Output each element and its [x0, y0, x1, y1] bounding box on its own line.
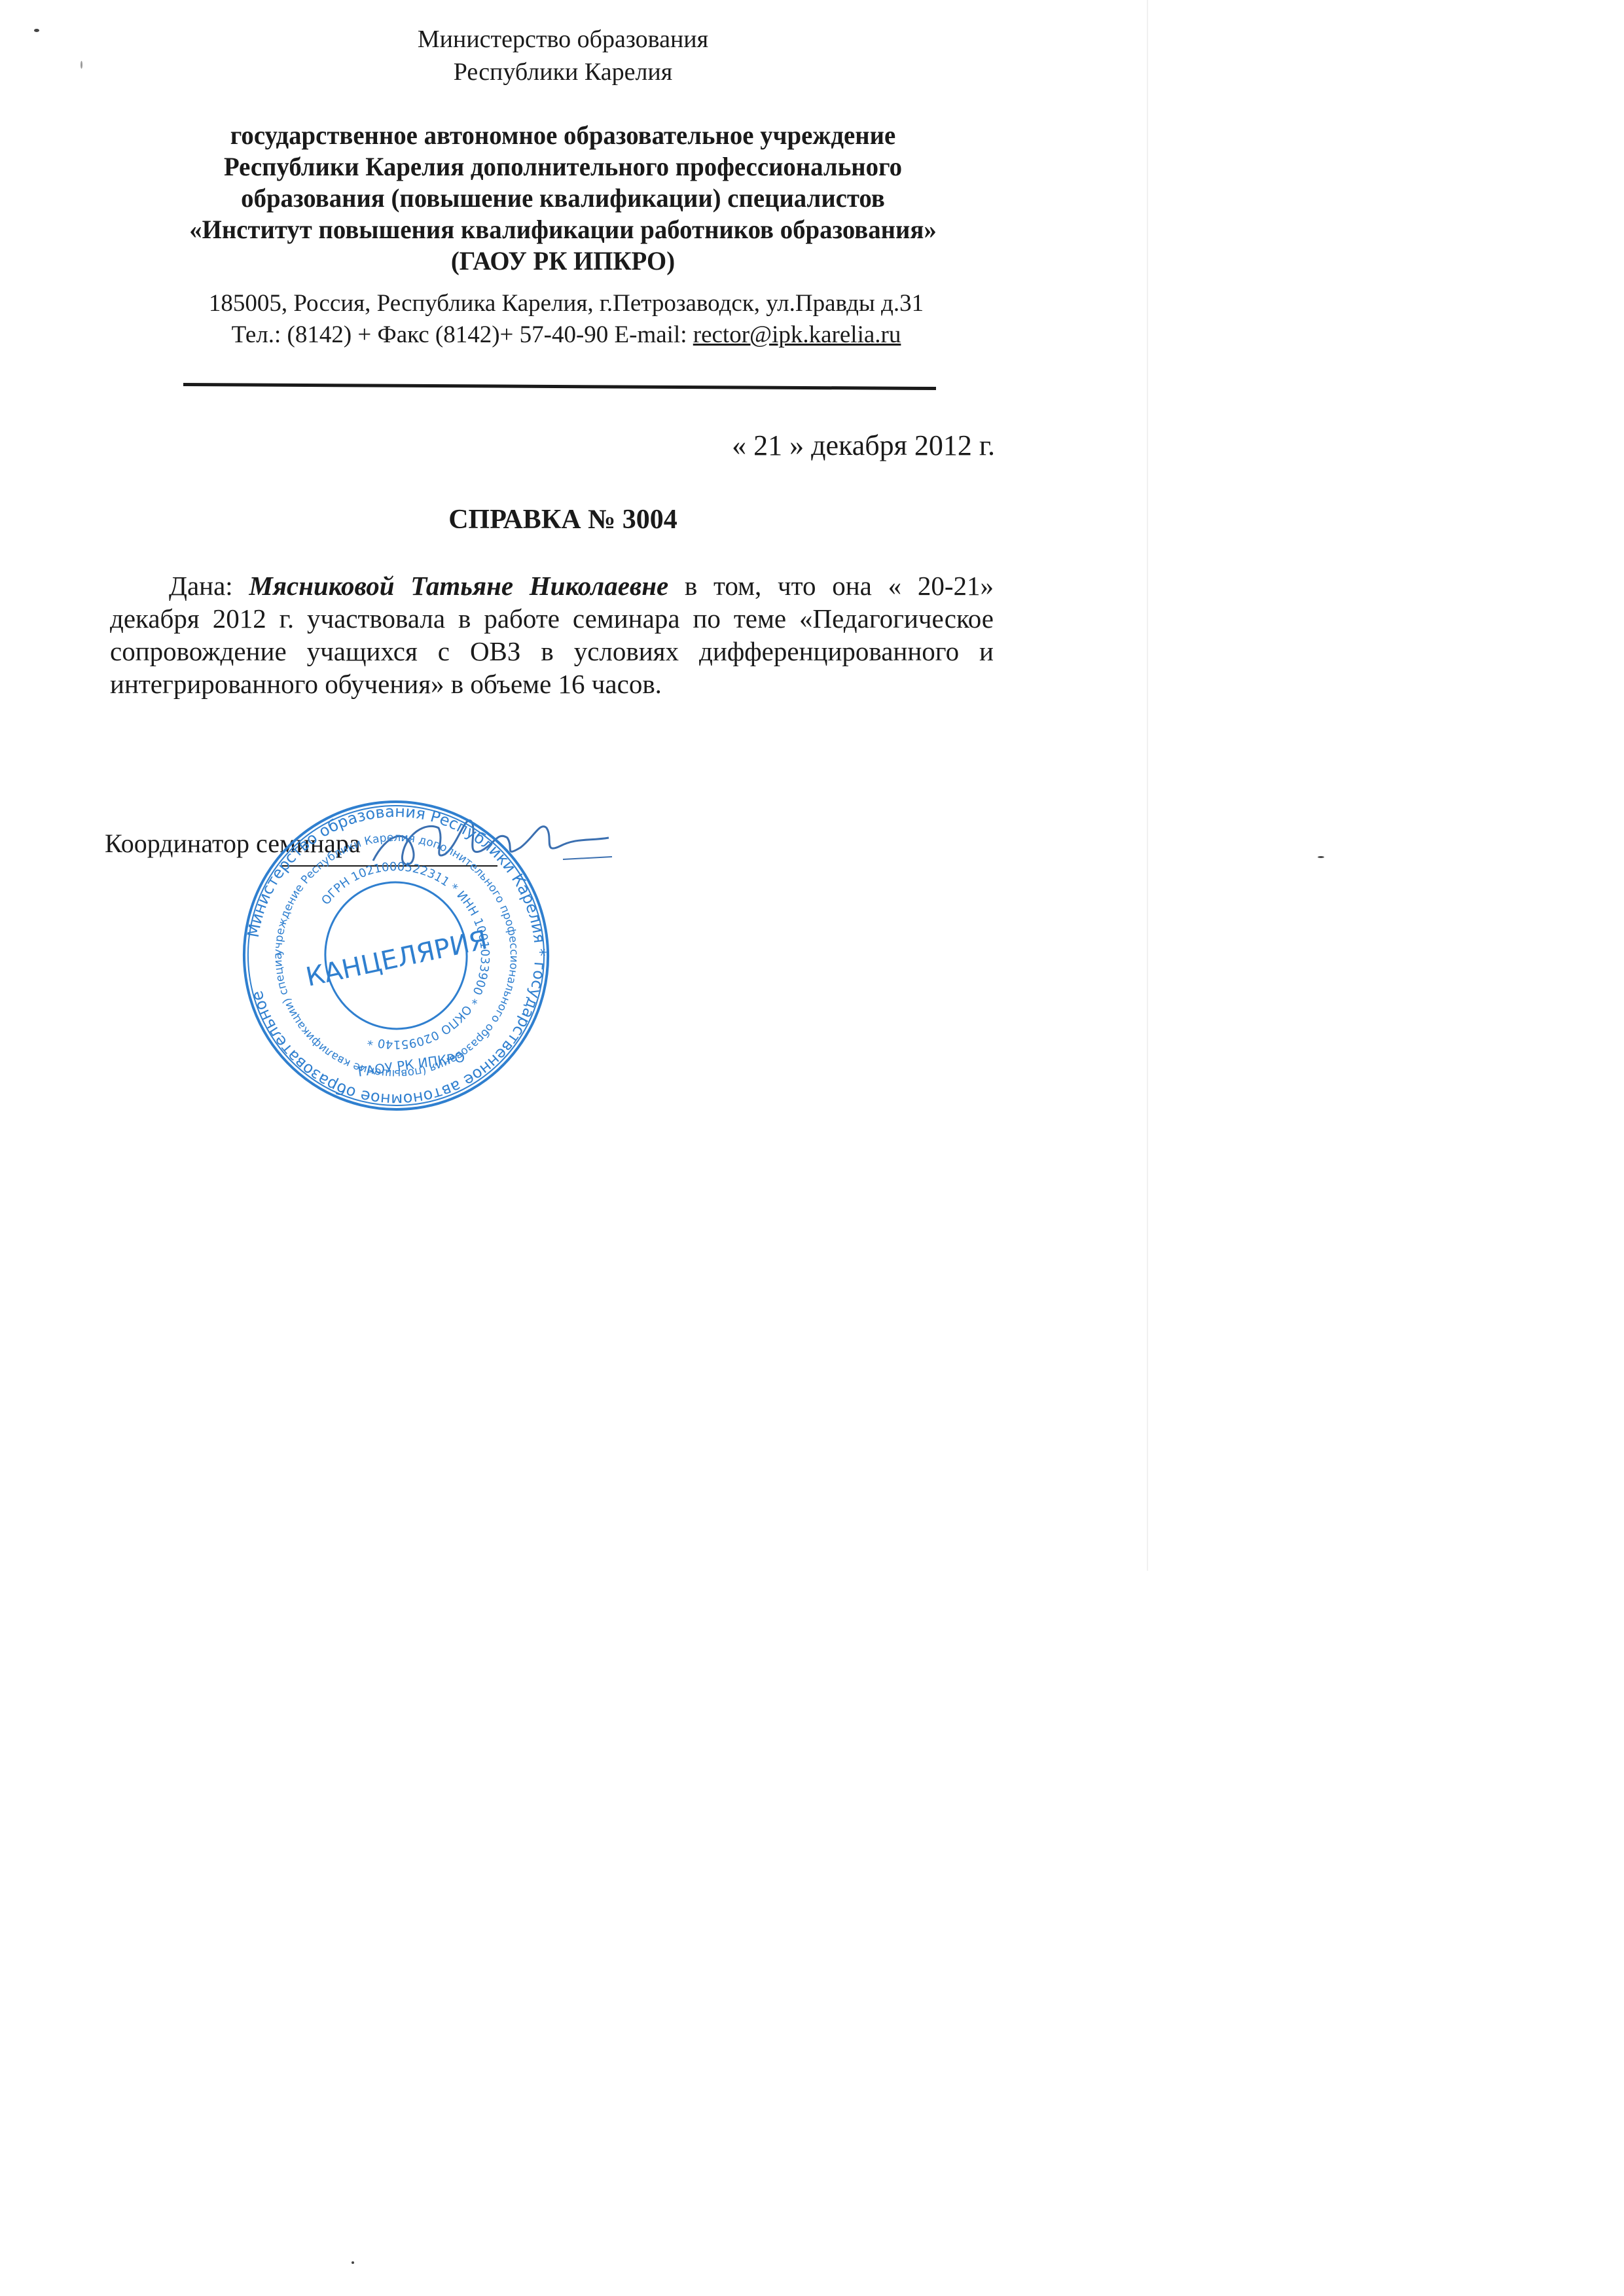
header-divider — [183, 383, 936, 390]
scan-speck — [34, 29, 39, 32]
ministry-line-2: Республики Карелия — [196, 56, 929, 88]
institution-line: Республики Карелия дополнительного профе… — [144, 151, 982, 183]
institution-abbrev: (ГАОУ РК ИПКРО) — [144, 245, 982, 277]
ministry-line-1: Министерство образования — [196, 23, 929, 56]
document-date: « 21 » декабря 2012 г. — [589, 429, 995, 462]
institution-line: «Институт повышения квалификации работни… — [144, 214, 982, 245]
official-stamp: Министерство образования Республики Каре… — [239, 798, 553, 1113]
given-label: Дана: — [169, 571, 249, 601]
postal-address: 185005, Россия, Республика Карелия, г.Пе… — [144, 288, 988, 319]
scan-speck — [352, 2261, 354, 2264]
ministry-header: Министерство образования Республики Каре… — [196, 23, 929, 88]
document-title: СПРАВКА № 3004 — [196, 504, 929, 535]
email-link[interactable]: rector@ipk.karelia.ru — [693, 321, 901, 348]
address-block: 185005, Россия, Республика Карелия, г.Пе… — [144, 288, 988, 351]
phone-fax: Тел.: (8142) + Факс (8142)+ 57-40-90 E-m… — [232, 321, 693, 348]
contacts-line: Тел.: (8142) + Факс (8142)+ 57-40-90 E-m… — [144, 319, 988, 351]
institution-line: государственное автономное образовательн… — [144, 120, 982, 151]
recipient-name: Мясниковой Татьяне Николаевне — [249, 571, 668, 601]
document-body: Дана: Мясниковой Татьяне Николаевне в то… — [110, 569, 994, 700]
scan-edge-line — [1147, 0, 1148, 1571]
scan-speck — [1318, 856, 1324, 858]
institution-name: государственное автономное образовательн… — [144, 120, 982, 277]
institution-line: образования (повышение квалификации) спе… — [144, 183, 982, 214]
scan-speck — [81, 61, 82, 69]
